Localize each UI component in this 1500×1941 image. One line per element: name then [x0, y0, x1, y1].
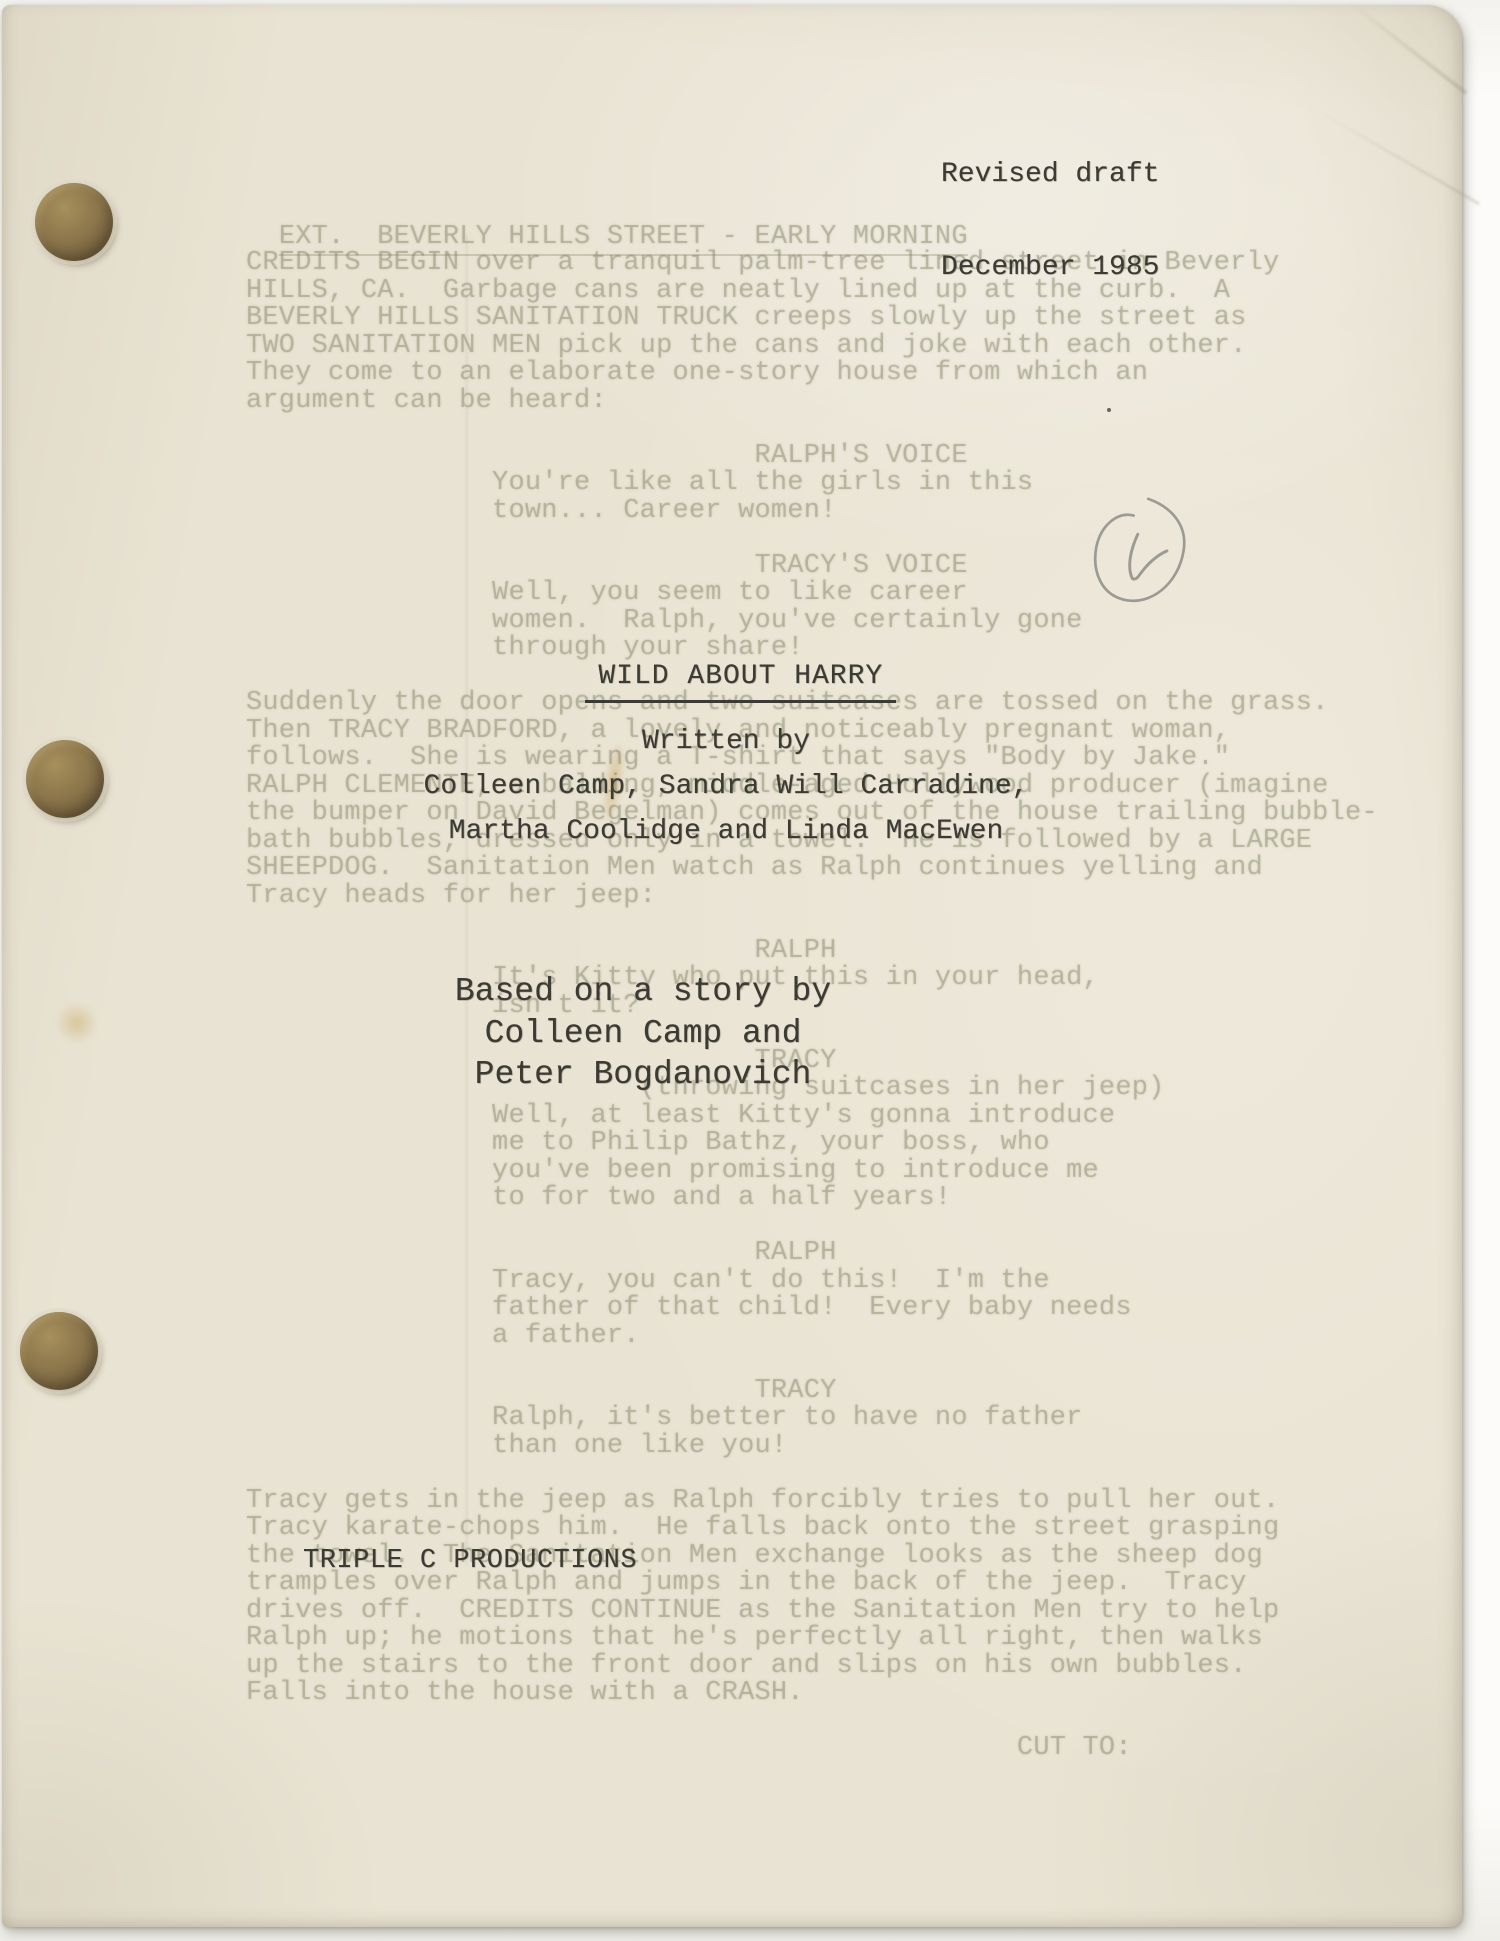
pencil-circle [1095, 499, 1184, 601]
writers-line1: Colleen Camp, Sandra Will Carradine, [0, 771, 1452, 802]
corner-crease [1347, 0, 1468, 95]
draft-note-line1: Revised draft [941, 159, 1159, 190]
production-company: TRIPLE C PRODUCTIONS [303, 1546, 637, 1577]
writers-line2: Martha Coolidge and Linda MacEwen [0, 816, 1452, 847]
corner-crease [1314, 108, 1480, 206]
draft-note-line2: December 1985 [941, 252, 1159, 283]
brass-brad-middle [26, 740, 104, 818]
ink-speck [1107, 408, 1111, 412]
photo-of-script-cover: { "document": { "draft_note_line1": "Rev… [0, 0, 1500, 1941]
brass-brad-top [35, 183, 113, 261]
story-by-line2: Peter Bogdanovich [0, 1059, 1286, 1090]
story-by-line1: Colleen Camp and [0, 1018, 1286, 1049]
draft-note: Revised draft December 1985 [941, 97, 1159, 314]
brass-brad-bottom [20, 1312, 98, 1390]
pencil-letter-L [1130, 534, 1167, 579]
written-by-label: Written by [0, 726, 1452, 757]
based-on-label: Based on a story by [0, 976, 1286, 1007]
script-title: WILD ABOUT HARRY [585, 661, 896, 703]
bleed-through-scene-heading: EXT. BEVERLY HILLS STREET - EARLY MORNIN… [246, 196, 968, 251]
pencil-circled-L-mark [1091, 495, 1195, 613]
title-row: WILD ABOUT HARRY [0, 630, 1448, 703]
